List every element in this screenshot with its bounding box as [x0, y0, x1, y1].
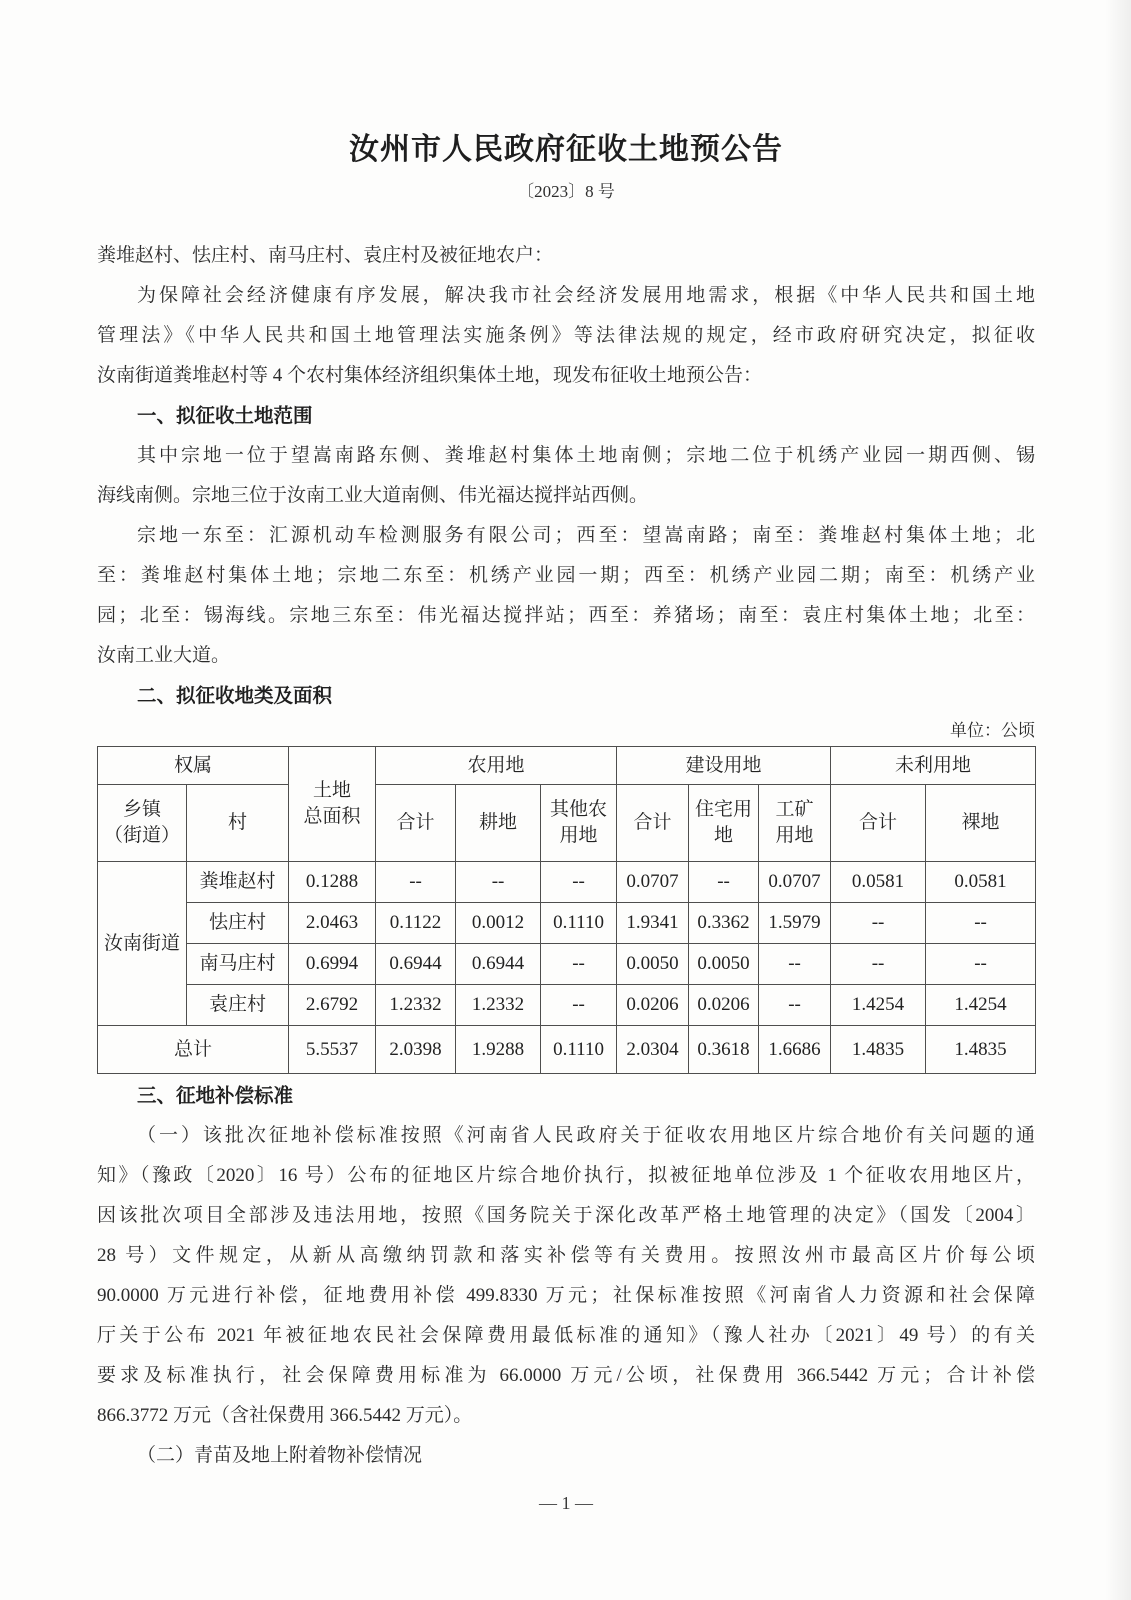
section1-location-paragraph: 其中宗地一位于望嵩南路东侧、粪堆赵村集体土地南侧；宗地二位于机绣产业园一期西侧、…: [97, 436, 1035, 516]
table-cell: --: [541, 862, 617, 903]
table-cell: 1.5979: [759, 903, 831, 944]
table-cell: --: [541, 944, 617, 985]
text-line: 因该批次项目全部涉及违法用地，按照《国务院关于深化改革严格土地管理的决定》（国发…: [97, 1196, 1035, 1236]
table-cell: --: [831, 903, 926, 944]
table-cell: 0.6944: [456, 944, 541, 985]
section1-heading: 一、拟征收土地范围: [97, 396, 1035, 436]
th-ownership: 权属: [98, 747, 289, 785]
table-cell: 0.0707: [759, 862, 831, 903]
table-total-row: 总计 5.5537 2.0398 1.9288 0.1110 2.0304 0.…: [98, 1026, 1036, 1074]
village-cell: 南马庄村: [187, 944, 289, 985]
table-cell: --: [831, 944, 926, 985]
table-cell: 0.0581: [831, 862, 926, 903]
table-cell: 1.2332: [456, 985, 541, 1026]
table-cell: 2.0463: [289, 903, 376, 944]
text-line: 海线南侧。宗地三位于汝南工业大道南侧、伟光福达搅拌站西侧。: [97, 476, 1035, 516]
text-line: （一）该批次征地补偿标准按照《河南省人民政府关于征收农用地区片综合地价有关问题的…: [97, 1116, 1035, 1156]
text-line: 866.3772 万元（含社保费用 366.5442 万元）。: [97, 1396, 1035, 1436]
text-line: 至：粪堆赵村集体土地；宗地二东至：机绣产业园一期；西至：机绣产业园二期；南至：机…: [97, 556, 1035, 596]
th-construction-land: 建设用地: [617, 747, 831, 785]
th-agri-subtotal: 合计: [376, 785, 456, 862]
th-unused-land: 未利用地: [831, 747, 1036, 785]
section3-paragraph2: （二）青苗及地上附着物补偿情况: [97, 1436, 1035, 1476]
text-line: 为保障社会经济健康有序发展，解决我市社会经济发展用地需求，根据《中华人民共和国土…: [97, 276, 1035, 316]
table-cell: 2.0304: [617, 1026, 689, 1074]
th-other-agri-line2: 用地: [541, 823, 616, 849]
th-land-total-line2: 总面积: [289, 804, 375, 830]
document-content: 汝州市人民政府征收土地预公告 〔2023〕8 号 粪堆赵村、怯庄村、南马庄村、袁…: [97, 0, 1035, 1518]
table-cell: --: [456, 862, 541, 903]
page-number: — 1 —: [97, 1488, 1035, 1518]
section2-heading: 二、拟征收地类及面积: [97, 676, 1035, 716]
table-cell: 5.5537: [289, 1026, 376, 1074]
table-cell: 0.0050: [689, 944, 759, 985]
table-cell: 0.0581: [926, 862, 1036, 903]
th-other-agri: 其他农 用地: [541, 785, 617, 862]
th-residential: 住宅用 地: [689, 785, 759, 862]
table-cell: 0.3362: [689, 903, 759, 944]
table-cell: 0.6994: [289, 944, 376, 985]
text-line: 汝南街道粪堆赵村等 4 个农村集体经济组织集体土地，现发布征收土地预公告：: [97, 356, 1035, 396]
table-cell: 0.6944: [376, 944, 456, 985]
table-cell: --: [541, 985, 617, 1026]
text-line: 90.0000 万元进行补偿，征地费用补偿 499.8330 万元；社保标准按照…: [97, 1276, 1035, 1316]
table-cell: 0.3618: [689, 1026, 759, 1074]
table-cell: 1.4835: [926, 1026, 1036, 1074]
th-mining-line2: 用地: [759, 823, 830, 849]
document-title: 汝州市人民政府征收土地预公告: [97, 132, 1035, 168]
th-unused-subtotal: 合计: [831, 785, 926, 862]
village-cell: 袁庄村: [187, 985, 289, 1026]
table-cell: 0.1122: [376, 903, 456, 944]
document-number: 〔2023〕8 号: [97, 180, 1035, 204]
table-cell: 0.0707: [617, 862, 689, 903]
text-line: 管理法》《中华人民共和国土地管理法实施条例》等法律法规的规定，经市政府研究决定，…: [97, 316, 1035, 356]
th-mining: 工矿 用地: [759, 785, 831, 862]
total-label-cell: 总计: [98, 1026, 289, 1074]
th-cultivated: 耕地: [456, 785, 541, 862]
text-line: 其中宗地一位于望嵩南路东侧、粪堆赵村集体土地南侧；宗地二位于机绣产业园一期西侧、…: [97, 436, 1035, 476]
text-line: 要求及标准执行，社会保障费用标准为 66.0000 万元/公顷，社保费用 366…: [97, 1356, 1035, 1396]
th-township-line1: 乡镇: [98, 797, 186, 823]
section1-boundary-paragraph: 宗地一东至：汇源机动车检测服务有限公司；西至：望嵩南路；南至：粪堆赵村集体土地；…: [97, 516, 1035, 676]
th-constr-subtotal: 合计: [617, 785, 689, 862]
table-cell: 0.0012: [456, 903, 541, 944]
table-cell: 0.0206: [689, 985, 759, 1026]
table-cell: 0.1110: [541, 903, 617, 944]
table-cell: 2.6792: [289, 985, 376, 1026]
text-line: 汝南工业大道。: [97, 636, 1035, 676]
section3-heading: 三、征地补偿标准: [97, 1076, 1035, 1116]
text-line: 28 号）文件规定，从新从高缴纳罚款和落实补偿等有关费用。按照汝州市最高区片价每…: [97, 1236, 1035, 1276]
th-land-total: 土地 总面积: [289, 747, 376, 862]
table-cell: 1.4254: [926, 985, 1036, 1026]
text-line: 知》（豫政〔2020〕16 号）公布的征地区片综合地价执行，拟被征地单位涉及 1…: [97, 1156, 1035, 1196]
scanned-document-page: 汝州市人民政府征收土地预公告 〔2023〕8 号 粪堆赵村、怯庄村、南马庄村、袁…: [0, 0, 1131, 1600]
text-line: 园；北至：锡海线。宗地三东至：伟光福达搅拌站；西至：养猪场；南至：袁庄村集体土地…: [97, 596, 1035, 636]
table-cell: 1.4254: [831, 985, 926, 1026]
th-agricultural-land: 农用地: [376, 747, 617, 785]
th-village: 村: [187, 785, 289, 862]
table-cell: 2.0398: [376, 1026, 456, 1074]
land-area-table: 权属 土地 总面积 农用地 建设用地 未利用地 乡镇 （街道） 村 合计 耕地 …: [97, 746, 1036, 1074]
th-township-line2: （街道）: [98, 823, 186, 849]
table-row: 袁庄村 2.6792 1.2332 1.2332 -- 0.0206 0.020…: [98, 985, 1036, 1026]
table-cell: 0.0206: [617, 985, 689, 1026]
th-residential-line1: 住宅用: [689, 797, 758, 823]
table-row: 汝南街道 粪堆赵村 0.1288 -- -- -- 0.0707 -- 0.07…: [98, 862, 1036, 903]
district-cell: 汝南街道: [98, 862, 187, 1026]
table-cell: 1.9341: [617, 903, 689, 944]
th-land-total-line1: 土地: [289, 778, 375, 804]
section3-paragraph1: （一）该批次征地补偿标准按照《河南省人民政府关于征收农用地区片综合地价有关问题的…: [97, 1116, 1035, 1436]
table-row: 怯庄村 2.0463 0.1122 0.0012 0.1110 1.9341 0…: [98, 903, 1036, 944]
table-row: 南马庄村 0.6994 0.6944 0.6944 -- 0.0050 0.00…: [98, 944, 1036, 985]
table-cell: --: [689, 862, 759, 903]
th-residential-line2: 地: [689, 823, 758, 849]
table-cell: 1.2332: [376, 985, 456, 1026]
table-cell: --: [926, 903, 1036, 944]
table-cell: --: [759, 944, 831, 985]
table-unit-note: 单位：公顷: [97, 716, 1035, 746]
table-cell: 0.1110: [541, 1026, 617, 1074]
th-other-agri-line1: 其他农: [541, 797, 616, 823]
village-cell: 怯庄村: [187, 903, 289, 944]
text-line: 厅关于公布 2021 年被征地农民社会保障费用最低标准的通知》（豫人社办〔202…: [97, 1316, 1035, 1356]
table-cell: 0.1288: [289, 862, 376, 903]
table-cell: --: [926, 944, 1036, 985]
text-line: 宗地一东至：汇源机动车检测服务有限公司；西至：望嵩南路；南至：粪堆赵村集体土地；…: [97, 516, 1035, 556]
table-cell: 0.0050: [617, 944, 689, 985]
village-cell: 粪堆赵村: [187, 862, 289, 903]
table-cell: 1.4835: [831, 1026, 926, 1074]
table-cell: 1.9288: [456, 1026, 541, 1074]
th-township: 乡镇 （街道）: [98, 785, 187, 862]
salutation-line: 粪堆赵村、怯庄村、南马庄村、袁庄村及被征地农户：: [97, 236, 1035, 276]
th-mining-line1: 工矿: [759, 797, 830, 823]
table-cell: 1.6686: [759, 1026, 831, 1074]
th-bare-land: 裸地: [926, 785, 1036, 862]
table-cell: --: [376, 862, 456, 903]
intro-paragraph: 为保障社会经济健康有序发展，解决我市社会经济发展用地需求，根据《中华人民共和国土…: [97, 276, 1035, 396]
table-cell: --: [759, 985, 831, 1026]
